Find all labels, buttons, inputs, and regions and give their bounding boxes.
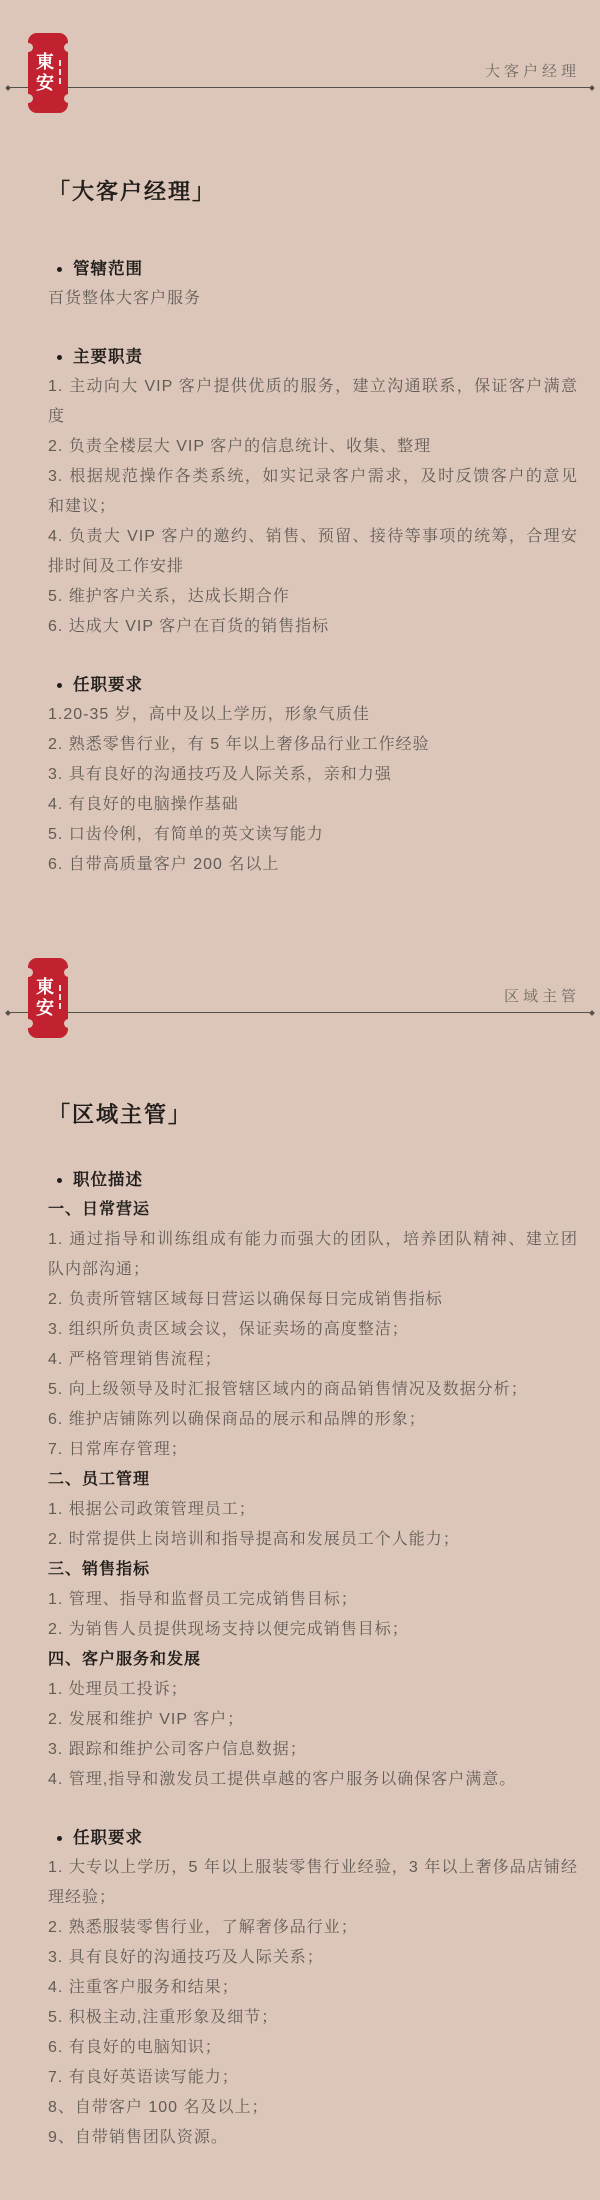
header-job-label: 区域主管 [504, 985, 580, 1006]
requirement-item: 2. 熟悉服装零售行业，了解奢侈品行业； [48, 1913, 578, 1943]
job-section-key-account-manager: 東 安 大客户经理 「大客户经理」 管辖范围 百货整体大客户服务 [0, 0, 600, 880]
job2-requirements-group: 任职要求 1. 大专以上学历，5 年以上服装零售行业经验，3 年以上奢侈品店铺经… [48, 1823, 578, 2153]
description-item: 3. 组织所负责区域会议，保证卖场的高度整洁； [48, 1315, 578, 1345]
description-item: 6. 维护店铺陈列以确保商品的展示和品牌的形象； [48, 1405, 578, 1435]
scope-text: 百货整体大客户服务 [48, 284, 578, 314]
job2-description-group: 职位描述 一、日常营运 1. 通过指导和训练组成有能力而强大的团队，培养团队精神… [48, 1165, 578, 1795]
duties-heading-label: 主要职责 [73, 342, 143, 372]
description-heading: 职位描述 [48, 1165, 578, 1195]
scope-heading: 管辖范围 [48, 254, 578, 284]
job2-content: 「区域主管」 职位描述 一、日常营运 1. 通过指导和训练组成有能力而强大的团队… [0, 1101, 600, 2153]
logo-char-top: 東 [36, 977, 54, 998]
duties-heading: 主要职责 [48, 342, 578, 372]
requirement-item: 3. 具有良好的沟通技巧及人际关系，亲和力强 [48, 760, 578, 790]
bullet-dot [57, 267, 62, 272]
duty-item: 1. 主动向大 VIP 客户提供优质的服务，建立沟通联系，保证客户满意度 [48, 372, 578, 432]
header-divider-line [8, 87, 592, 88]
job1-scope-group: 管辖范围 百货整体大客户服务 [48, 254, 578, 314]
job1-duties-group: 主要职责 1. 主动向大 VIP 客户提供优质的服务，建立沟通联系，保证客户满意… [48, 342, 578, 642]
requirement-item: 3. 具有良好的沟通技巧及人际关系； [48, 1943, 578, 1973]
description-item: 2. 时常提供上岗培训和指导提高和发展员工个人能力； [48, 1525, 578, 1555]
description-heading-label: 职位描述 [73, 1165, 143, 1195]
dongan-logo: 東 安 [28, 33, 68, 113]
duty-item: 2. 负责全楼层大 VIP 客户的信息统计、收集、整理 [48, 432, 578, 462]
description-subheading: 一、日常营运 [48, 1195, 578, 1225]
logo-char-bottom: 安 [36, 73, 54, 94]
duty-item: 6. 达成大 VIP 客户在百货的销售指标 [48, 612, 578, 642]
description-item: 2. 发展和维护 VIP 客户； [48, 1705, 578, 1735]
scope-heading-label: 管辖范围 [73, 254, 143, 284]
bullet-dot [57, 1178, 62, 1183]
requirement-item: 6. 自带高质量客户 200 名以上 [48, 850, 578, 880]
seal-shape: 東 安 [28, 33, 68, 113]
requirements-heading-label: 任职要求 [73, 670, 143, 700]
description-item: 4. 严格管理销售流程； [48, 1345, 578, 1375]
logo-characters: 東 安 [28, 33, 62, 113]
description-item: 3. 跟踪和维护公司客户信息数据； [48, 1735, 578, 1765]
logo-char-bottom: 安 [36, 998, 54, 1019]
logo-characters: 東 安 [28, 958, 62, 1038]
job2-header: 東 安 区域主管 [0, 925, 600, 1045]
requirement-item: 5. 口齿伶俐，有简单的英文读写能力 [48, 820, 578, 850]
description-item: 1. 根据公司政策管理员工； [48, 1495, 578, 1525]
description-subheading: 三、销售指标 [48, 1555, 578, 1585]
description-item: 7. 日常库存管理； [48, 1435, 578, 1465]
duty-item: 5. 维护客户关系，达成长期合作 [48, 582, 578, 612]
description-item: 1. 通过指导和训练组成有能力而强大的团队，培养团队精神、建立团队内部沟通； [48, 1225, 578, 1285]
description-item: 5. 向上级领导及时汇报管辖区域内的商品销售情况及数据分析； [48, 1375, 578, 1405]
requirement-item: 6. 有良好的电脑知识； [48, 2033, 578, 2063]
description-item: 4. 管理,指导和激发员工提供卓越的客户服务以确保客户满意。 [48, 1765, 578, 1795]
requirement-item: 4. 注重客户服务和结果； [48, 1973, 578, 2003]
job1-title: 「大客户经理」 [48, 178, 578, 206]
requirement-item: 9、自带销售团队资源。 [48, 2123, 578, 2153]
logo-romanization-mark [59, 60, 61, 84]
requirement-item: 5. 积极主动,注重形象及细节； [48, 2003, 578, 2033]
bullet-dot [57, 355, 62, 360]
bullet-dot [57, 683, 62, 688]
requirement-item: 2. 熟悉零售行业，有 5 年以上奢侈品行业工作经验 [48, 730, 578, 760]
description-item: 1. 管理、指导和监督员工完成销售目标； [48, 1585, 578, 1615]
job-posting-page: 東 安 大客户经理 「大客户经理」 管辖范围 百货整体大客户服务 [0, 0, 600, 2200]
header-job-label: 大客户经理 [485, 60, 580, 81]
job1-header: 東 安 大客户经理 [0, 0, 600, 120]
bullet-dot [57, 1836, 62, 1841]
requirement-item: 4. 有良好的电脑操作基础 [48, 790, 578, 820]
job1-requirements-group: 任职要求 1.20-35 岁，高中及以上学历，形象气质佳 2. 熟悉零售行业，有… [48, 670, 578, 880]
description-item: 2. 为销售人员提供现场支持以便完成销售目标； [48, 1615, 578, 1645]
requirements-heading-label: 任职要求 [73, 1823, 143, 1853]
dongan-logo: 東 安 [28, 958, 68, 1038]
job-section-regional-supervisor: 東 安 区域主管 「区域主管」 职位描述 一、日常营运 1. 通过指导和训练组成… [0, 925, 600, 2153]
logo-char-top: 東 [36, 52, 54, 73]
description-subheading: 四、客户服务和发展 [48, 1645, 578, 1675]
requirement-item: 8、自带客户 100 名及以上； [48, 2093, 578, 2123]
description-item: 2. 负责所管辖区域每日营运以确保每日完成销售指标 [48, 1285, 578, 1315]
duty-item: 3. 根据规范操作各类系统，如实记录客户需求，及时反馈客户的意见和建议； [48, 462, 578, 522]
requirement-item: 7. 有良好英语读写能力； [48, 2063, 578, 2093]
requirement-item: 1. 大专以上学历，5 年以上服装零售行业经验，3 年以上奢侈品店铺经理经验； [48, 1853, 578, 1913]
logo-romanization-mark [59, 985, 61, 1009]
job1-content: 「大客户经理」 管辖范围 百货整体大客户服务 主要职责 1. 主动向大 VIP … [0, 178, 600, 880]
requirement-item: 1.20-35 岁，高中及以上学历，形象气质佳 [48, 700, 578, 730]
requirements-heading: 任职要求 [48, 670, 578, 700]
job2-title: 「区域主管」 [48, 1101, 578, 1129]
requirements-heading: 任职要求 [48, 1823, 578, 1853]
duty-item: 4. 负责大 VIP 客户的邀约、销售、预留、接待等事项的统筹，合理安排时间及工… [48, 522, 578, 582]
seal-shape: 東 安 [28, 958, 68, 1038]
description-item: 1. 处理员工投诉； [48, 1675, 578, 1705]
header-divider-line [8, 1012, 592, 1013]
description-subheading: 二、员工管理 [48, 1465, 578, 1495]
